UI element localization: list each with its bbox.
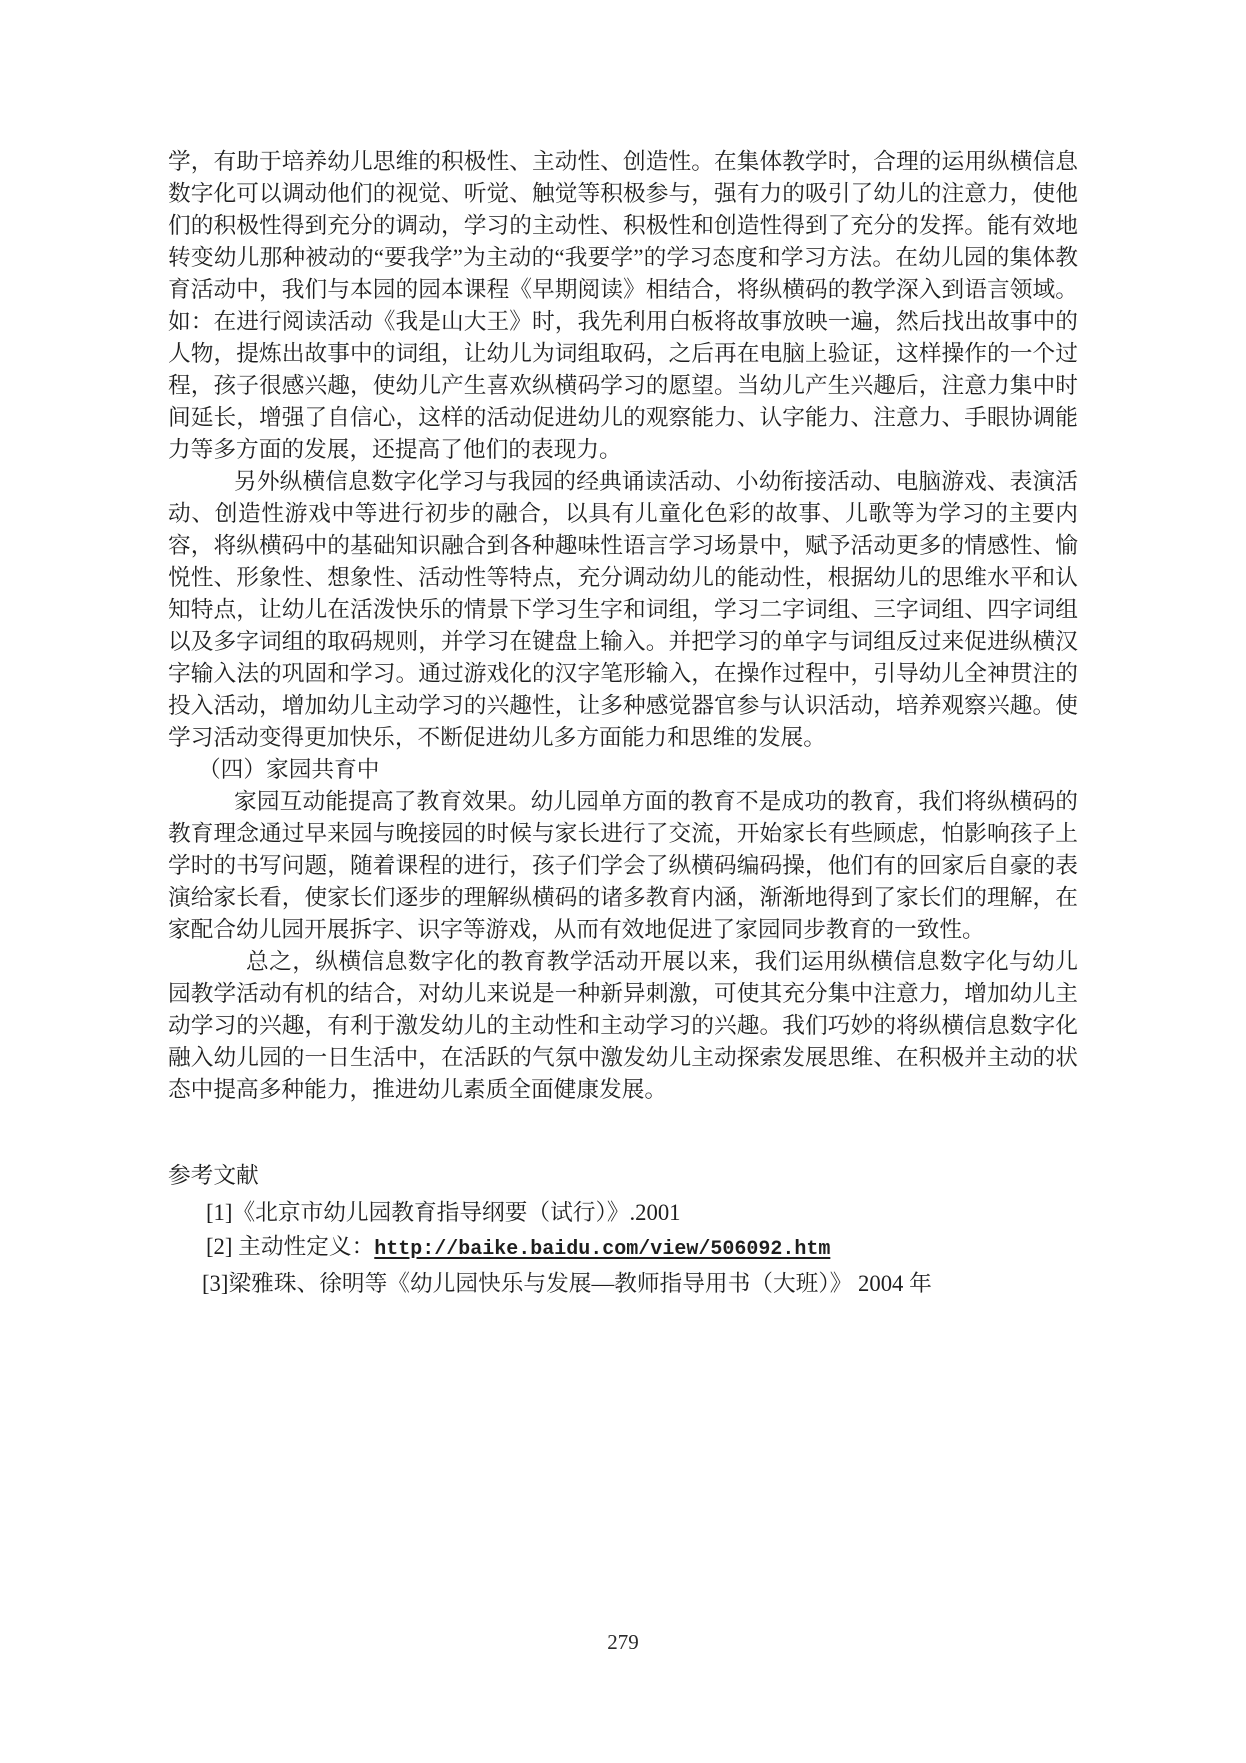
reference-item-1: [1]《北京市幼儿园教育指导纲要（试行）》.2001 xyxy=(168,1196,1078,1230)
references-section: 参考文献 [1]《北京市幼儿园教育指导纲要（试行）》.2001 [2] 主动性定… xyxy=(168,1160,1078,1301)
paragraph-home-cooperation: 家园互动能提高了教育效果。幼儿园单方面的教育不是成功的教育，我们将纵横码的教育理… xyxy=(168,786,1078,946)
reference-item-2-label: [2] 主动性定义： xyxy=(206,1234,374,1259)
references-title: 参考文献 xyxy=(168,1160,1078,1192)
section-heading-4: （四）家园共育中 xyxy=(168,754,1078,786)
page-number: 279 xyxy=(0,1630,1246,1655)
paragraph-integration: 另外纵横信息数字化学习与我园的经典诵读活动、小幼衔接活动、电脑游戏、表演活动、创… xyxy=(168,466,1078,754)
paragraph-summary: 总之，纵横信息数字化的教育教学活动开展以来，我们运用纵横信息数字化与幼儿园教学活… xyxy=(168,946,1078,1106)
reference-url-link[interactable]: http://baike.baidu.com/view/506092.htm xyxy=(374,1238,830,1261)
document-page: 学，有助于培养幼儿思维的积极性、主动性、创造性。在集体教学时，合理的运用纵横信息… xyxy=(0,0,1246,1763)
main-text-block: 学，有助于培养幼儿思维的积极性、主动性、创造性。在集体教学时，合理的运用纵横信息… xyxy=(168,146,1078,1301)
reference-item-3: [3]梁雅珠、徐明等《幼儿园快乐与发展—教师指导用书（大班）》 2004 年 xyxy=(168,1267,1078,1301)
reference-item-2: [2] 主动性定义：http://baike.baidu.com/view/50… xyxy=(168,1230,1078,1267)
paragraph-continuation: 学，有助于培养幼儿思维的积极性、主动性、创造性。在集体教学时，合理的运用纵横信息… xyxy=(168,146,1078,466)
